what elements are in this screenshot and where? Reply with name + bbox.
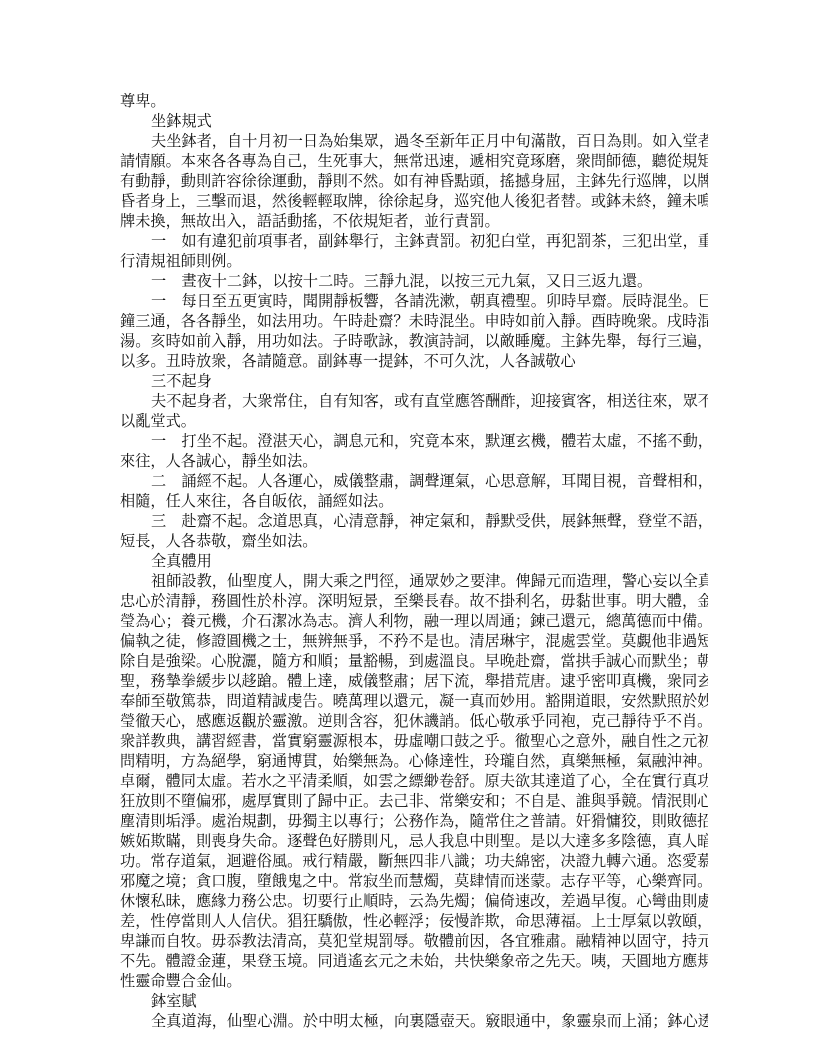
- text-line: 一 打坐不起。澄湛天心，調息元和，究竟本來，默運玄機，體若太虛，不搖不動，任從: [120, 431, 708, 451]
- heading-text: 三不起身: [120, 371, 708, 391]
- text-line: 一 每日至五更寅時，聞開靜板響，各請洗漱，朝真禮聖。卯時早齋。辰時混坐。巳時靜: [120, 291, 708, 311]
- text-line: 忠心於清靜，務圓性於朴淳。深明短景，至樂長春。故不掛利名，毋黏世事。明大體，金潔…: [120, 591, 708, 611]
- text-line: 祖師設教，仙聖度人，開大乘之門徑，通眾妙之要津。俾歸元而造理，警心妄以全真。貴: [120, 571, 708, 591]
- text-line: 偏執之徒，修證圓機之士，無辨無爭，不矜不是也。清居琳宇，混處雲堂。莫覷他非過短，…: [120, 631, 708, 651]
- text-line: 湯。亥時如前入靜，用功如法。子時歌詠，教演詩詞，以敵睡魔。主鉢先舉，每行三遍，不…: [120, 331, 708, 351]
- text-line: 奉師至敬篤恭，問道精誠虔告。曉萬理以還元，凝一真而妙用。豁開道眼，安然默照於妙微…: [120, 691, 708, 711]
- text-line: 除自是強梁。心脫灑，隨方和順；量豁暢，到處溫良。早晚赴齋，當拱手誠心而默坐；朝昏…: [120, 651, 708, 671]
- text-line: 以多。丑時放衆，各請隨意。副鉢專一提鉢，不可久沈，人各誠敬心: [120, 351, 708, 371]
- text-line: 短長，人各恭敬，齋坐如法。: [120, 531, 708, 551]
- text-line: 功。常存道氣，迴避俗風。戒行精嚴，斷無四非八識；功夫綿密，决證九轉六通。恣愛慕，…: [120, 851, 708, 871]
- text-line: 尊卑。: [120, 91, 708, 111]
- text-line: 性靈命豐合金仙。: [120, 971, 708, 991]
- paragraph: 一 晝夜十二鉢，以按十二時。三靜九混，以按三元九氣，又日三返九還。: [120, 271, 708, 291]
- heading-text: 全真體用: [120, 551, 708, 571]
- paragraph: 三 赴齋不起。念道思真，心清意靜，神定氣和，靜默受供，展鉢無聲，登堂不語，任他短…: [120, 511, 708, 551]
- text-line: 卑謙而自牧。毋忝教法清高，莫犯堂規罰辱。敬體前因，各宜雅肅。融精神以固守，持元氣…: [120, 931, 708, 951]
- text-line: 牌未換，無故出入，語話動搖，不依規矩者，並行責罰。: [120, 211, 708, 231]
- text-line: 行清規祖師則例。: [120, 251, 708, 271]
- text-line: 不先。體證金蓮，果登玉境。同逍遙玄元之未始，共快樂象帝之先天。咦，天圓地方應規矩…: [120, 951, 708, 971]
- text-line: 衆詳教典，講習經書，當實窮靈源根本，毋虛嘲口鼓之乎。徹聖心之意外，融自性之元初。…: [120, 731, 708, 751]
- text-line: 鐘三通，各各靜坐，如法用功。午時赴齋？未時混坐。申時如前入靜。酉時晚衆。戌時混坐…: [120, 311, 708, 331]
- text-line: 以亂堂式。: [120, 411, 708, 431]
- heading-text: 坐鉢規式: [120, 111, 708, 131]
- text-line: 嫉妬欺瞞，則喪身失命。逐聲色好勝則凡，忌人我息中則聖。是以大達多多陰德，真人暗暗…: [120, 831, 708, 851]
- text-line: 問精明，方為絕學，窮通博貫，始樂無為。心條達性，玲瓏自然，真樂無極，氣融沖神。寂…: [120, 751, 708, 771]
- section-heading: 鉢室賦: [120, 991, 708, 1011]
- text-line: 瑩為心；養元機，介石潔冰為志。濟人利物，融一理以周通；鍊己還元，總萬德而中備。任…: [120, 611, 708, 631]
- section-heading: 坐鉢規式: [120, 111, 708, 131]
- section-heading: 全真體用: [120, 551, 708, 571]
- paragraph: 全真道海，仙聖心淵。於中明太極，向裏隱壺天。竅眼通中，象靈泉而上涌；鉢心透底，: [120, 1011, 708, 1031]
- text-line: 聖，務摯拳緩步以趍蹌。體上達，威儀整肅；居下流，舉措荒唐。逮乎密叩真機，衆同玄要…: [120, 671, 708, 691]
- paragraph: 尊卑。: [120, 91, 708, 111]
- paragraph: 一 打坐不起。澄湛天心，調息元和，究竟本來，默運玄機，體若太虛，不搖不動，任從來…: [120, 431, 708, 471]
- text-line: 夫坐鉢者，自十月初一日為始集眾，過冬至新年正月中旬滿散，百日為則。如入堂者，各: [120, 131, 708, 151]
- text-line: 狂放則不墮偏邪，處厚實則了歸中正。去己非、常樂安和；不自是、誰與爭競。情泯則心閑…: [120, 791, 708, 811]
- paragraph: 二 誦經不起。人各運心，威儀整肅，調聲運氣，心思意解，耳聞目視，音聲相和，前後相…: [120, 471, 708, 511]
- text-line: 全真道海，仙聖心淵。於中明太極，向裏隱壺天。竅眼通中，象靈泉而上涌；鉢心透底，: [120, 1011, 708, 1031]
- text-line: 卓爾，體同太虛。若水之平清柔順，如雲之縹緲卷舒。原夫欲其達道了心，全在實行真功。…: [120, 771, 708, 791]
- text-line: 差，性停當則人人信伏。猖狂驕傲，性必輕浮；佞慢詐欺，命思薄福。上士厚氣以敦頤，高…: [120, 911, 708, 931]
- paragraph: 一 如有違犯前項事者，副鉢舉行，主鉢責罰。初犯白堂，再犯罰茶，三犯出堂，重者並行…: [120, 231, 708, 271]
- text-line: 來往，人各誠心，靜坐如法。: [120, 451, 708, 471]
- text-line: 二 誦經不起。人各運心，威儀整肅，調聲運氣，心思意解，耳聞目視，音聲相和，前後: [120, 471, 708, 491]
- text-line: 三 赴齋不起。念道思真，心清意靜，神定氣和，靜默受供，展鉢無聲，登堂不語，任他: [120, 511, 708, 531]
- text-line: 休懷私昧，應緣力務公忠。切要行止順時，云為先燭；偏倚速改，差過早復。心彎曲則處處…: [120, 891, 708, 911]
- text-line: 有動靜，動則許容徐徐運動，靜則不然。如有神昏點頭，搖撼身屈，主鉢先行巡牌，以牌掛…: [120, 171, 708, 191]
- section-heading: 三不起身: [120, 371, 708, 391]
- paragraph: 夫不起身者，大衆常住，自有知客，或有直堂應答酬酢，迎接賓客，相送往來，眾不可動，…: [120, 391, 708, 431]
- paragraph: 一 每日至五更寅時，聞開靜板響，各請洗漱，朝真禮聖。卯時早齋。辰時混坐。巳時靜鐘…: [120, 291, 708, 371]
- paragraph: 祖師設教，仙聖度人，開大乘之門徑，通眾妙之要津。俾歸元而造理，警心妄以全真。貴忠…: [120, 571, 708, 991]
- text-line: 塵清則垢淨。處治規劃，毋獨主以專行；公務作為，隨常住之普請。奸猾慵狡，則敗德招愆…: [120, 811, 708, 831]
- text-line: 邪魔之境；貪口腹，墮餓鬼之中。常寂坐而慧燭，莫肆情而迷蒙。志存平等，心樂齊同。見…: [120, 871, 708, 891]
- text-line: 一 晝夜十二鉢，以按十二時。三靜九混，以按三元九氣，又日三返九還。: [120, 271, 708, 291]
- paragraph: 夫坐鉢者，自十月初一日為始集眾，過冬至新年正月中旬滿散，百日為則。如入堂者，各請…: [120, 131, 708, 231]
- text-line: 相隨，任人來往，各自皈依，誦經如法。: [120, 491, 708, 511]
- heading-text: 鉢室賦: [120, 991, 708, 1011]
- document-page: 尊卑。坐鉢規式夫坐鉢者，自十月初一日為始集眾，過冬至新年正月中旬滿散，百日為則。…: [120, 91, 708, 1031]
- text-line: 瑩徹天心，感應返觀於靈激。逆則含容，犯休譏誚。低心敬承乎同袍，克己靜待乎不肖。大…: [120, 711, 708, 731]
- text-line: 請情願。本來各各專為自己，生死事大，無常迅速，遞相究竟琢磨，衆問師德，聽從規矩。…: [120, 151, 708, 171]
- text-line: 昏者身上，三擊而退，然後輕輕取牌，徐徐起身，巡究他人後犯者替。或鉢未終，鐘未鳴，…: [120, 191, 708, 211]
- text-line: 夫不起身者，大衆常住，自有知客，或有直堂應答酬酢，迎接賓客，相送往來，眾不可動，: [120, 391, 708, 411]
- text-line: 一 如有違犯前項事者，副鉢舉行，主鉢責罰。初犯白堂，再犯罰茶，三犯出堂，重者並: [120, 231, 708, 251]
